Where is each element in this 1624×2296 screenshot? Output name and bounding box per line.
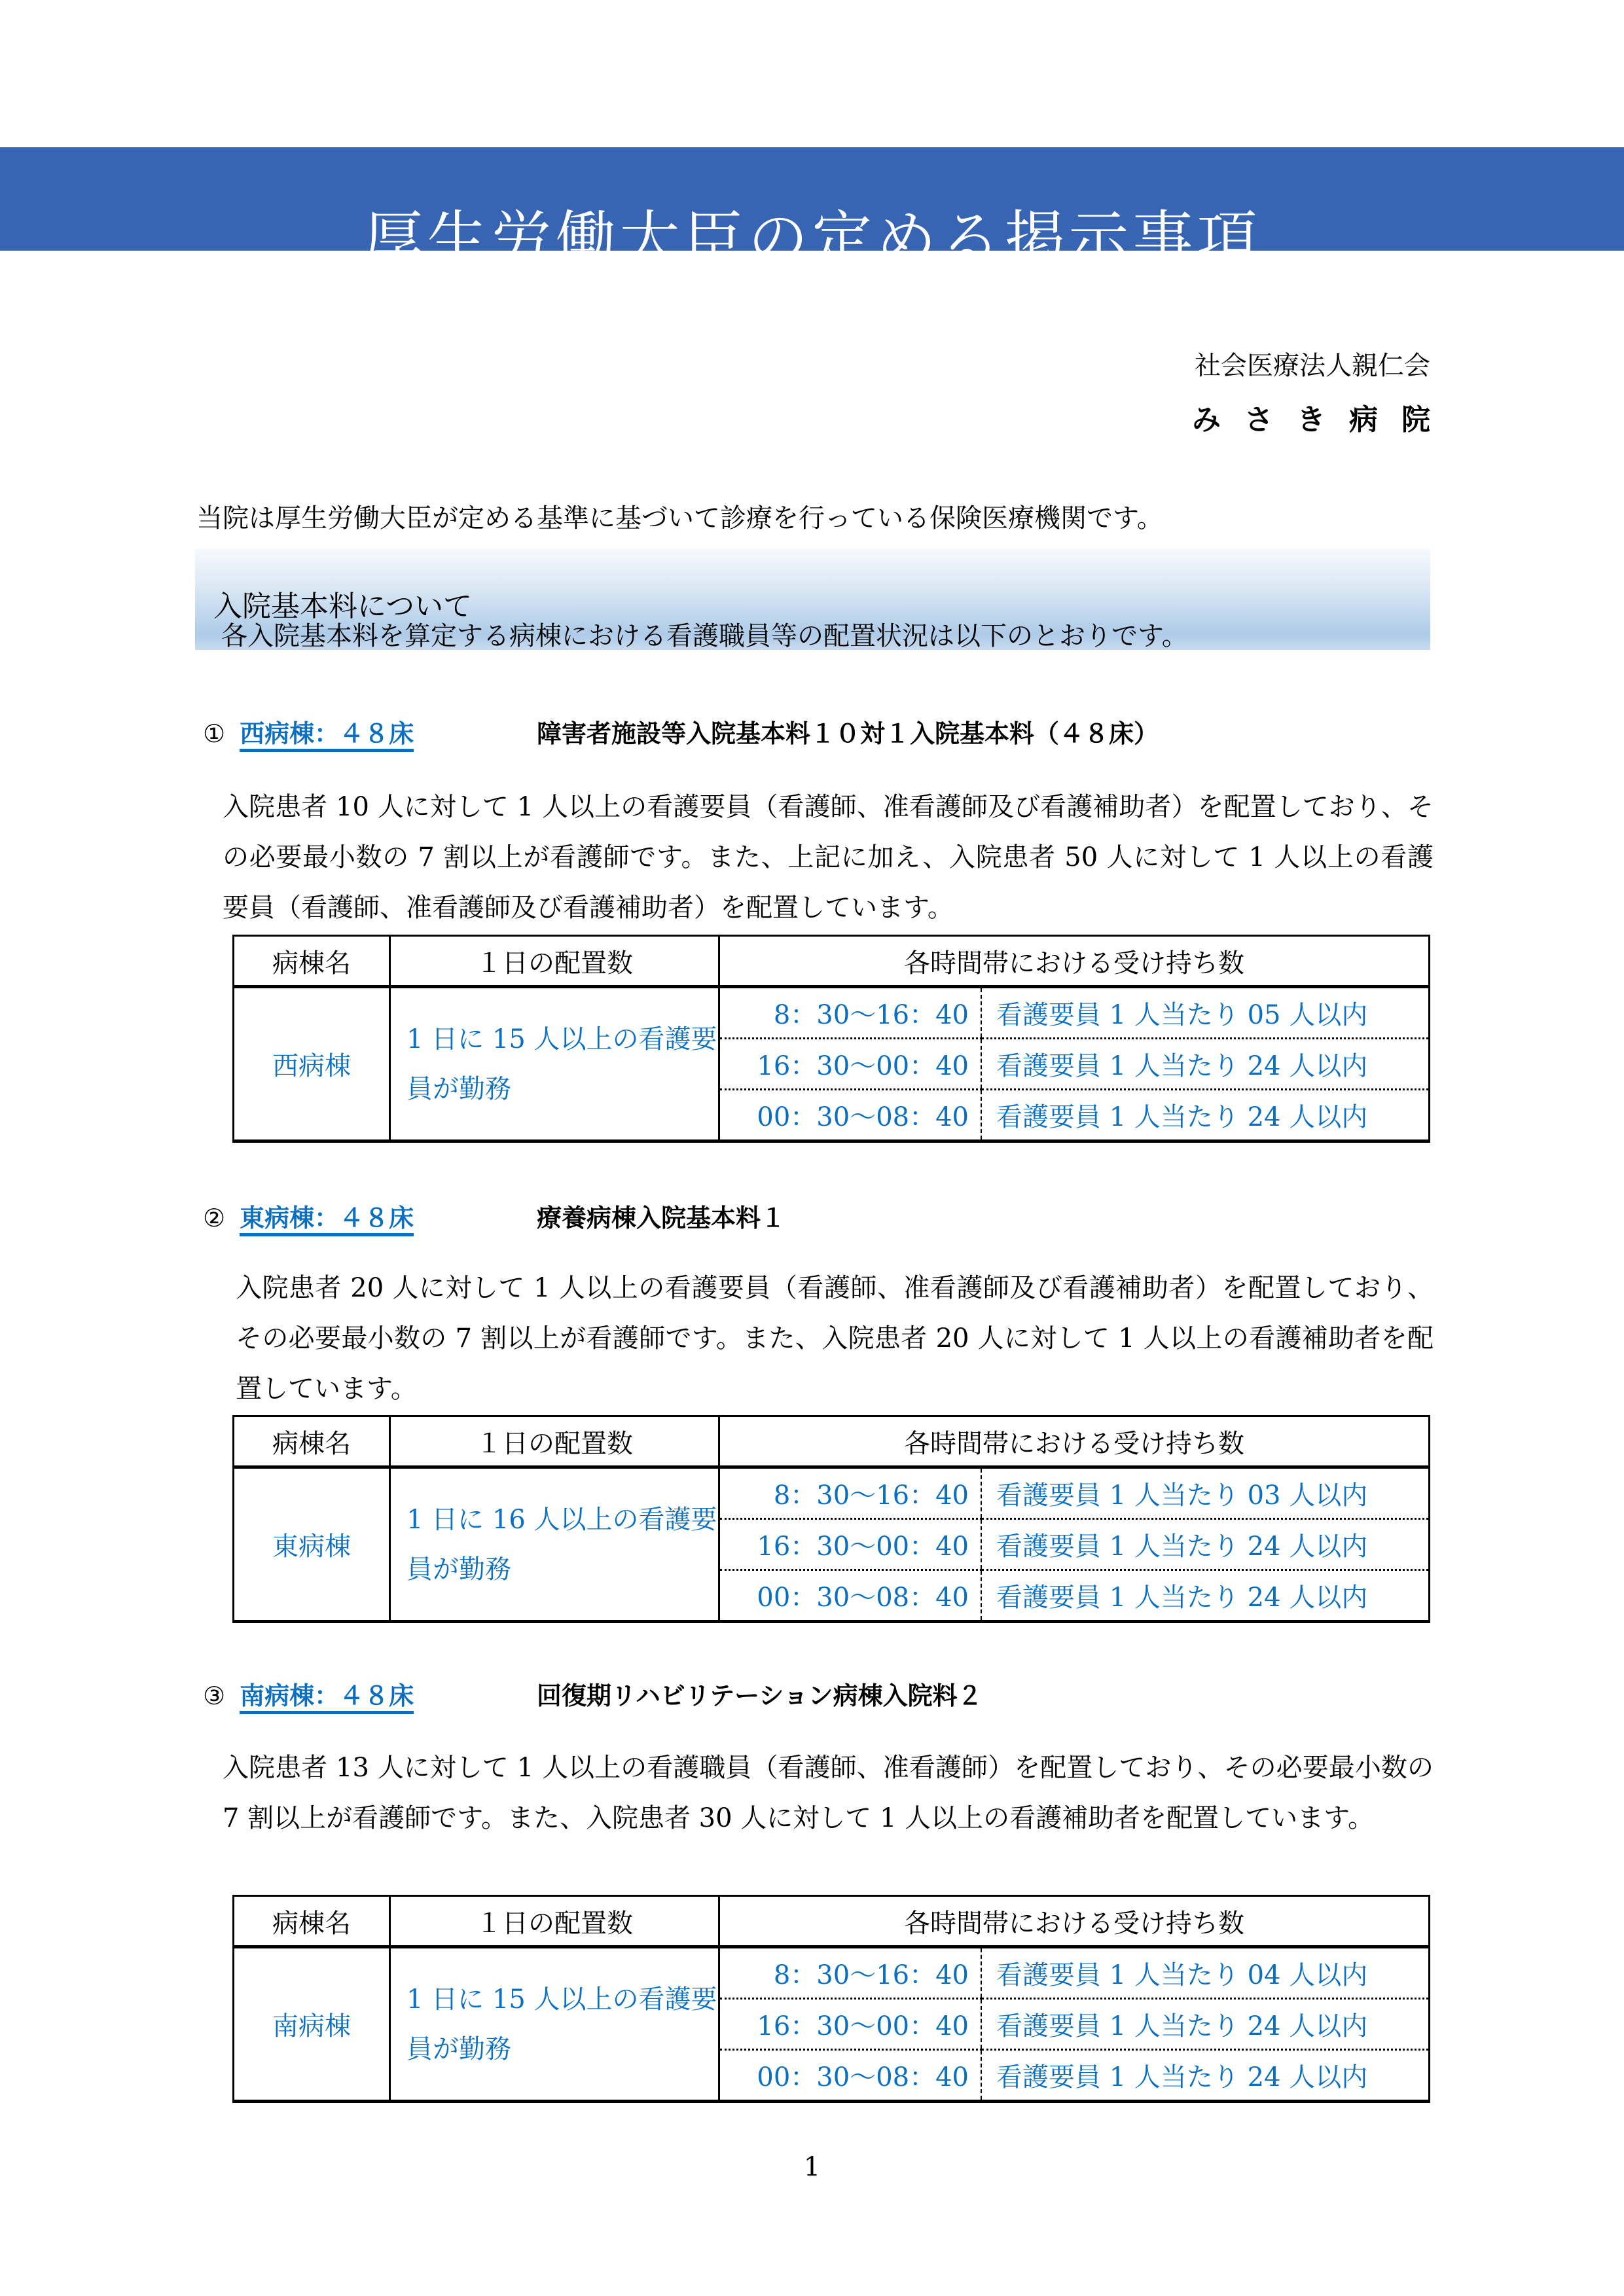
ward-description: 入院患者 20 人に対して 1 人以上の看護要員（看護師、准看護師及び看護補助者… [236, 1263, 1434, 1414]
page-number: 1 [0, 2152, 1624, 2182]
shift-load: 看護要員 1 人当たり 24 人以内 [981, 1090, 1430, 1141]
daily-staff-cell: 1 日に 16 人以上の看護要員が勤務 [390, 1467, 719, 1622]
section-heading-box: 入院基本料について 各入院基本料を算定する病棟における看護職員等の配置状況は以下… [195, 548, 1430, 650]
ward-heading: ②東病棟：４８床 療養病棟入院基本料１ [203, 1198, 414, 1234]
shift-load: 看護要員 1 人当たり 24 人以内 [981, 1999, 1430, 2050]
shift-time: 8：30〜16：40 [719, 987, 982, 1039]
ward-link[interactable]: 南病棟：４８床 [240, 1681, 414, 1710]
intro-text: 当院は厚生労働大臣が定める基準に基づいて診療を行っている保険医療機関です。 [196, 497, 1163, 535]
shift-time: 16：30〜00：40 [719, 1039, 982, 1090]
title-banner: 厚生労働大臣の定める掲示事項 [0, 147, 1624, 251]
ward-link[interactable]: 西病棟：４８床 [240, 719, 414, 748]
ward-number: ① [203, 719, 225, 748]
header-ward: 病棟名 [234, 1416, 390, 1467]
staffing-table: 病棟名 １日の配置数 各時間帯における受け持ち数 南病棟 1 日に 15 人以上… [232, 1895, 1430, 2103]
ward-number: ③ [203, 1681, 225, 1710]
fee-category: 障害者施設等入院基本料１０対１入院基本料（４８床） [537, 713, 1159, 749]
daily-staff-cell: 1 日に 15 人以上の看護要員が勤務 [390, 987, 719, 1141]
ward-name-cell: 東病棟 [234, 1467, 390, 1622]
page-title: 厚生労働大臣の定める掲示事項 [0, 188, 1624, 291]
fee-category: 回復期リハビリテーション病棟入院料２ [537, 1676, 983, 1712]
shift-load: 看護要員 1 人当たり 05 人以内 [981, 987, 1430, 1039]
header-ward: 病棟名 [234, 936, 390, 987]
staffing-table: 病棟名 １日の配置数 各時間帯における受け持ち数 西病棟 1 日に 15 人以上… [232, 935, 1430, 1143]
header-ward: 病棟名 [234, 1896, 390, 1947]
ward-description: 入院患者 13 人に対して 1 人以上の看護職員（看護師、准看護師）を配置してお… [223, 1743, 1434, 1844]
staffing-table: 病棟名 １日の配置数 各時間帯における受け持ち数 東病棟 1 日に 16 人以上… [232, 1415, 1430, 1623]
ward-name-cell: 南病棟 [234, 1947, 390, 2102]
corporation-name: 社会医療法人親仁会 [1195, 345, 1430, 382]
shift-load: 看護要員 1 人当たり 24 人以内 [981, 1519, 1430, 1570]
header-per-time: 各時間帯における受け持ち数 [719, 1416, 1430, 1467]
shift-time: 00：30〜08：40 [719, 1570, 982, 1622]
shift-load: 看護要員 1 人当たり 24 人以内 [981, 2050, 1430, 2102]
ward-description: 入院患者 10 人に対して 1 人以上の看護要員（看護師、准看護師及び看護補助者… [223, 782, 1434, 933]
header-daily: １日の配置数 [390, 936, 719, 987]
shift-time: 00：30〜08：40 [719, 2050, 982, 2102]
shift-time: 16：30〜00：40 [719, 1999, 982, 2050]
ward-heading: ③南病棟：４８床 回復期リハビリテーション病棟入院料２ [203, 1676, 414, 1712]
shift-time: 16：30〜00：40 [719, 1519, 982, 1570]
shift-time: 00：30〜08：40 [719, 1090, 982, 1141]
header-per-time: 各時間帯における受け持ち数 [719, 936, 1430, 987]
shift-load: 看護要員 1 人当たり 03 人以内 [981, 1467, 1430, 1519]
hospital-name: みさき病院 [1192, 396, 1454, 438]
fee-category: 療養病棟入院基本料１ [537, 1198, 785, 1234]
shift-time: 8：30〜16：40 [719, 1947, 982, 1999]
ward-link[interactable]: 東病棟：４８床 [240, 1204, 414, 1232]
header-per-time: 各時間帯における受け持ち数 [719, 1896, 1430, 1947]
daily-staff-cell: 1 日に 15 人以上の看護要員が勤務 [390, 1947, 719, 2102]
ward-number: ② [203, 1204, 225, 1232]
header-daily: １日の配置数 [390, 1896, 719, 1947]
shift-time: 8：30〜16：40 [719, 1467, 982, 1519]
ward-heading: ①西病棟：４８床 障害者施設等入院基本料１０対１入院基本料（４８床） [203, 713, 414, 749]
shift-load: 看護要員 1 人当たり 04 人以内 [981, 1947, 1430, 1999]
header-daily: １日の配置数 [390, 1416, 719, 1467]
ward-name-cell: 西病棟 [234, 987, 390, 1141]
section-subtitle: 各入院基本料を算定する病棟における看護職員等の配置状況は以下のとおりです。 [221, 615, 1188, 653]
shift-load: 看護要員 1 人当たり 24 人以内 [981, 1570, 1430, 1622]
shift-load: 看護要員 1 人当たり 24 人以内 [981, 1039, 1430, 1090]
